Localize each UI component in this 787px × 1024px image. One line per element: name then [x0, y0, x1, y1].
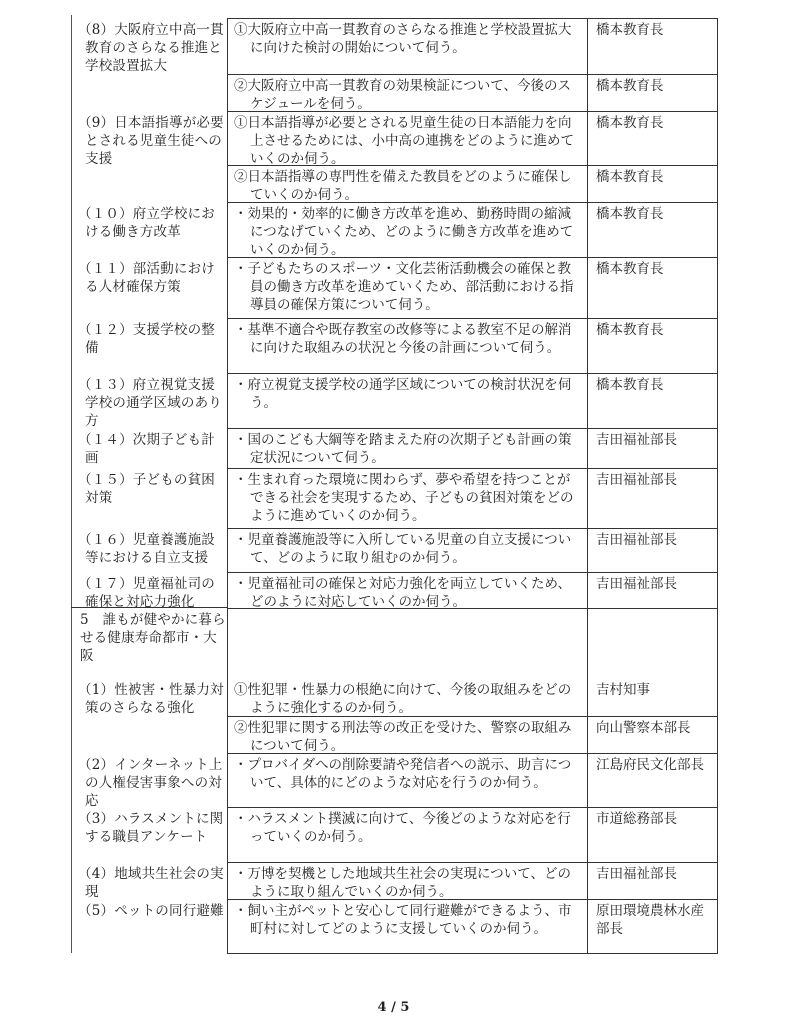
topic-label: （1）性被害・性暴力対策のさらなる強化 [78, 678, 224, 717]
question-cell: ・飼い主がペットと安心して同行避難ができるよう、市町村に対してどのように支援して… [227, 899, 588, 954]
topic-label: （8）大阪府立中高一貫教育のさらなる推進と学校設置拡大 [78, 18, 224, 75]
answerer-cell: 吉村知事 [587, 608, 718, 717]
topic-label: （１１）部活動における人材確保方策 [78, 257, 224, 296]
left-border-rule [71, 15, 72, 953]
answerer-cell: 橋本教育長 [587, 111, 718, 166]
answerer-cell: 橋本教育長 [587, 74, 718, 112]
question-cell: ・生まれ育った環境に関わらず、夢や希望を持つことができる社会を実現するため、子ど… [227, 468, 588, 529]
question-cell: ・国のこども大綱等を踏まえた府の次期子ども計画の策定状況について伺う。 [227, 428, 588, 469]
question-cell: ②大阪府立中高一貫教育の効果検証について、今後のスケジュールを伺う。 [227, 74, 588, 112]
answerer-cell: 吉田福祉部長 [587, 468, 718, 529]
question-cell: ・子どもたちのスポーツ・文化芸術活動機会の確保と教員の働き方改革を進めていくため… [227, 257, 588, 319]
topic-label: （１４）次期子ども計画 [78, 428, 224, 467]
topic-label: （１６）児童養護施設等における自立支援 [78, 528, 224, 567]
topic-label: （１５）子どもの貧困対策 [78, 468, 224, 507]
document-page: （8）大阪府立中高一貫教育のさらなる推進と学校設置拡大①大阪府立中高一貫教育のさ… [0, 0, 787, 1024]
topic-label: （9）日本語指導が必要とされる児童生徒への支援 [78, 111, 224, 168]
answerer-cell: 橋本教育長 [587, 257, 718, 319]
question-cell: ①大阪府立中高一貫教育のさらなる推進と学校設置拡大に向けた検討の開始について伺う… [227, 18, 588, 75]
answerer-cell: 吉田福祉部長 [587, 572, 718, 609]
question-cell: ①日本語指導が必要とされる児童生徒の日本語能力を向上させるためには、小中高の連携… [227, 111, 588, 166]
answerer-cell: 市道総務部長 [587, 807, 718, 863]
answerer-cell: 橋本教育長 [587, 202, 718, 258]
topic-label: （１２）支援学校の整備 [78, 318, 224, 357]
topic-label: （5）ペットの同行避難 [78, 899, 224, 920]
question-cell: ・ハラスメント撲滅に向けて、今後どのような対応を行っていくのか伺う。 [227, 807, 588, 863]
answerer-cell: 江島府民文化部長 [587, 753, 718, 808]
answerer-cell: 橋本教育長 [587, 18, 718, 75]
question-cell: ②日本語指導の専門性を備えた教員をどのように確保していくのか伺う。 [227, 165, 588, 203]
answerer-cell: 原田環境農林水産部長 [587, 899, 718, 954]
answerer-cell: 向山警察本部長 [587, 716, 718, 754]
question-cell: ①性犯罪・性暴力の根絶に向けて、今後の取組みをどのように強化するのか伺う。 [227, 608, 588, 717]
question-cell: ・万博を契機とした地域共生社会の実現について、どのように取り組んでいくのか伺う。 [227, 862, 588, 900]
answerer-cell: 橋本教育長 [587, 373, 718, 429]
question-cell: ・児童養護施設等に入所している児童の自立支援について、どのように取り組むのか伺う… [227, 528, 588, 573]
question-cell: ・効果的・効率的に働き方改革を進め、勤務時間の縮減につなげていくため、どのように… [227, 202, 588, 258]
topic-label: （１７）児童福祉司の確保と対応力強化 [78, 572, 224, 611]
question-cell: ・府立視覚支援学校の通学区域についての検討状況を伺う。 [227, 373, 588, 429]
section-heading: 5 誰もが健やかに暮らせる健康寿命都市・大阪 [80, 608, 226, 665]
answerer-cell: 吉田福祉部長 [587, 528, 718, 573]
topic-label: （１３）府立視覚支援学校の通学区域のあり方 [78, 373, 224, 430]
question-cell: ・基準不適合や既存教室の改修等による教室不足の解消に向けた取組みの状況と今後の計… [227, 318, 588, 374]
answerer-cell: 橋本教育長 [587, 165, 718, 203]
question-cell: ②性犯罪に関する刑法等の改正を受けた、警察の取組みについて伺う。 [227, 716, 588, 754]
question-cell: ・プロバイダへの削除要請や発信者への説示、助言について、具体的にどのような対応を… [227, 753, 588, 808]
answerer-cell: 橋本教育長 [587, 318, 718, 374]
topic-label: （4）地域共生社会の実現 [78, 862, 224, 901]
answerer-cell: 吉田福祉部長 [587, 428, 718, 469]
topic-label: （１０）府立学校における働き方改革 [78, 202, 224, 241]
topic-label: （3）ハラスメントに関する職員アンケート [78, 807, 224, 846]
answerer-cell: 吉田福祉部長 [587, 862, 718, 900]
page-number: 4 / 5 [0, 1000, 787, 1015]
question-cell: ・児童福祉司の確保と対応力強化を両立していくため、どのように対応していくのか伺う… [227, 572, 588, 609]
topic-label: （2）インターネット上の人権侵害事象への対応 [78, 753, 224, 810]
